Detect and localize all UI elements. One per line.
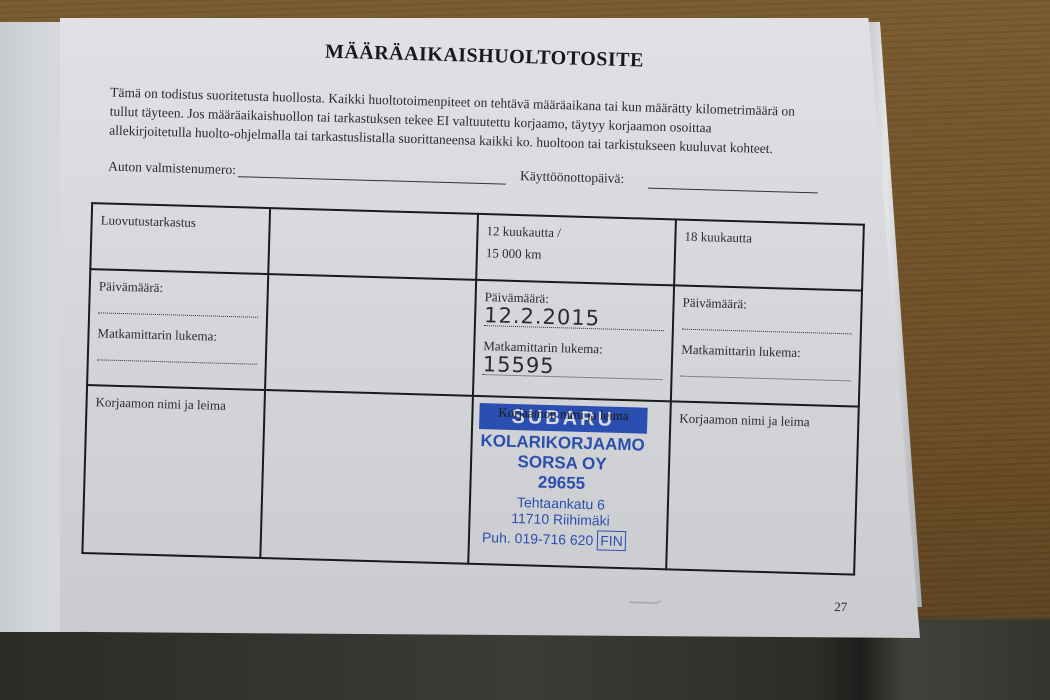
serial-number-field[interactable] (238, 176, 506, 184)
first-use-date-field[interactable] (648, 188, 818, 194)
cell-blank (265, 274, 476, 396)
table-row: Korjaamon nimi ja leima SUBARU Korjaamon… (82, 385, 858, 574)
odometer-label: Matkamittarin lukema: (681, 342, 851, 363)
date-field (98, 298, 258, 317)
stamp-city: 11710 Riihimäki (476, 509, 644, 530)
workshop-label: Korjaamon nimi ja leima (479, 403, 647, 426)
vehicle-info-row: Auton valmistenumero: Käyttöönottopäivä: (108, 159, 848, 200)
header-blank (268, 208, 478, 280)
cell-date-odometer-18m[interactable]: Päivämäärä: Matkamittarin lukema: (671, 285, 862, 406)
intro-paragraph: Tämä on todistus suoritetusta huollosta.… (109, 83, 850, 161)
cell-date-odometer-delivery[interactable]: Päivämäärä: Matkamittarin lukema: (87, 269, 268, 390)
stamp-number: 29655 (477, 471, 645, 496)
cell-date-odometer-12m[interactable]: Päivämäärä: 12.2.2015 Matkamittarin luke… (473, 280, 674, 401)
header-12-months: 12 kuukautta / 15 000 km (476, 214, 676, 286)
odometer-label: Matkamittarin lukema: (97, 325, 257, 345)
odometer-field (97, 345, 257, 364)
table-row: Päivämäärä: Matkamittarin lukema: Päiväm… (87, 269, 862, 407)
stamp-phone-row: Puh. 019-716 620FIN (476, 529, 644, 550)
subaru-footer-logo-icon (629, 593, 661, 604)
cell-blank (260, 390, 473, 564)
cell-workshop-18m[interactable]: Korjaamon nimi ja leima (666, 401, 859, 574)
serial-number-label: Auton valmistenumero: (108, 159, 236, 179)
date-label: Päivämäärä: (99, 278, 259, 298)
cell-workshop-delivery[interactable]: Korjaamon nimi ja leima (82, 385, 265, 558)
page-number: 27 (834, 599, 847, 615)
stamp-phone: Puh. 019-716 620 (482, 529, 594, 548)
first-use-date-label: Käyttöönottopäivä: (520, 168, 625, 187)
workshop-stamp: SUBARU Korjaamon nimi ja leima KOLARIKOR… (476, 403, 648, 550)
cell-workshop-12m[interactable]: SUBARU Korjaamon nimi ja leima KOLARIKOR… (468, 396, 671, 569)
header-18-months: 18 kuukautta (674, 219, 864, 290)
stamp-country: FIN (597, 530, 626, 551)
date-field (682, 315, 852, 335)
header-delivery-inspection: Luovutustarkastus (90, 203, 270, 274)
date-label: Päivämäärä: (682, 295, 852, 316)
subaru-logo: SUBARU Korjaamon nimi ja leima (479, 403, 648, 434)
odometer-field (681, 362, 851, 382)
page-content: MÄÄRÄAIKAISHUOLTOTOSITE Tämä on todistus… (74, 30, 880, 642)
service-record-table: Luovutustarkastus 12 kuukautta / 15 000 … (81, 202, 865, 575)
